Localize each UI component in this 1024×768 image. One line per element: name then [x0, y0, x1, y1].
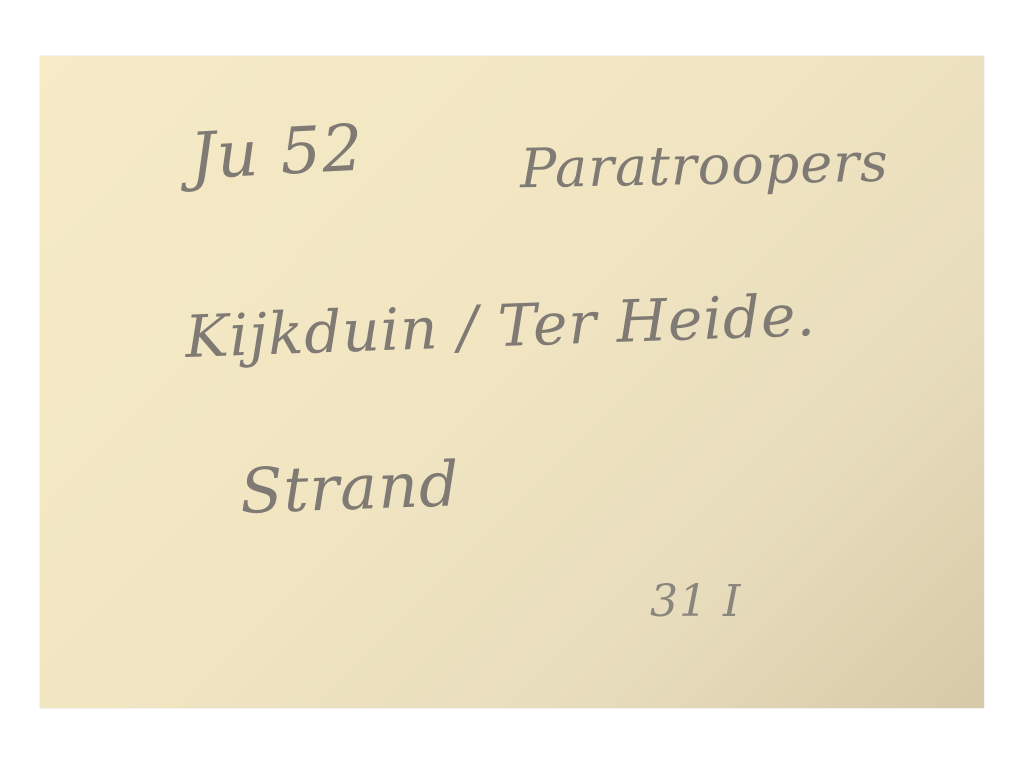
handwritten-card: Ju 52 Paratroopers Kijkduin / Ter Heide.… [40, 56, 984, 708]
handwriting-line-4-reference: 31 I [650, 576, 741, 627]
handwriting-line-1-aircraft: Ju 52 [188, 112, 365, 195]
handwriting-line-1-subject: Paratroopers [519, 131, 889, 200]
handwriting-line-3-place: Strand [239, 447, 461, 528]
handwriting-line-2-location: Kijkduin / Ter Heide. [184, 281, 817, 371]
